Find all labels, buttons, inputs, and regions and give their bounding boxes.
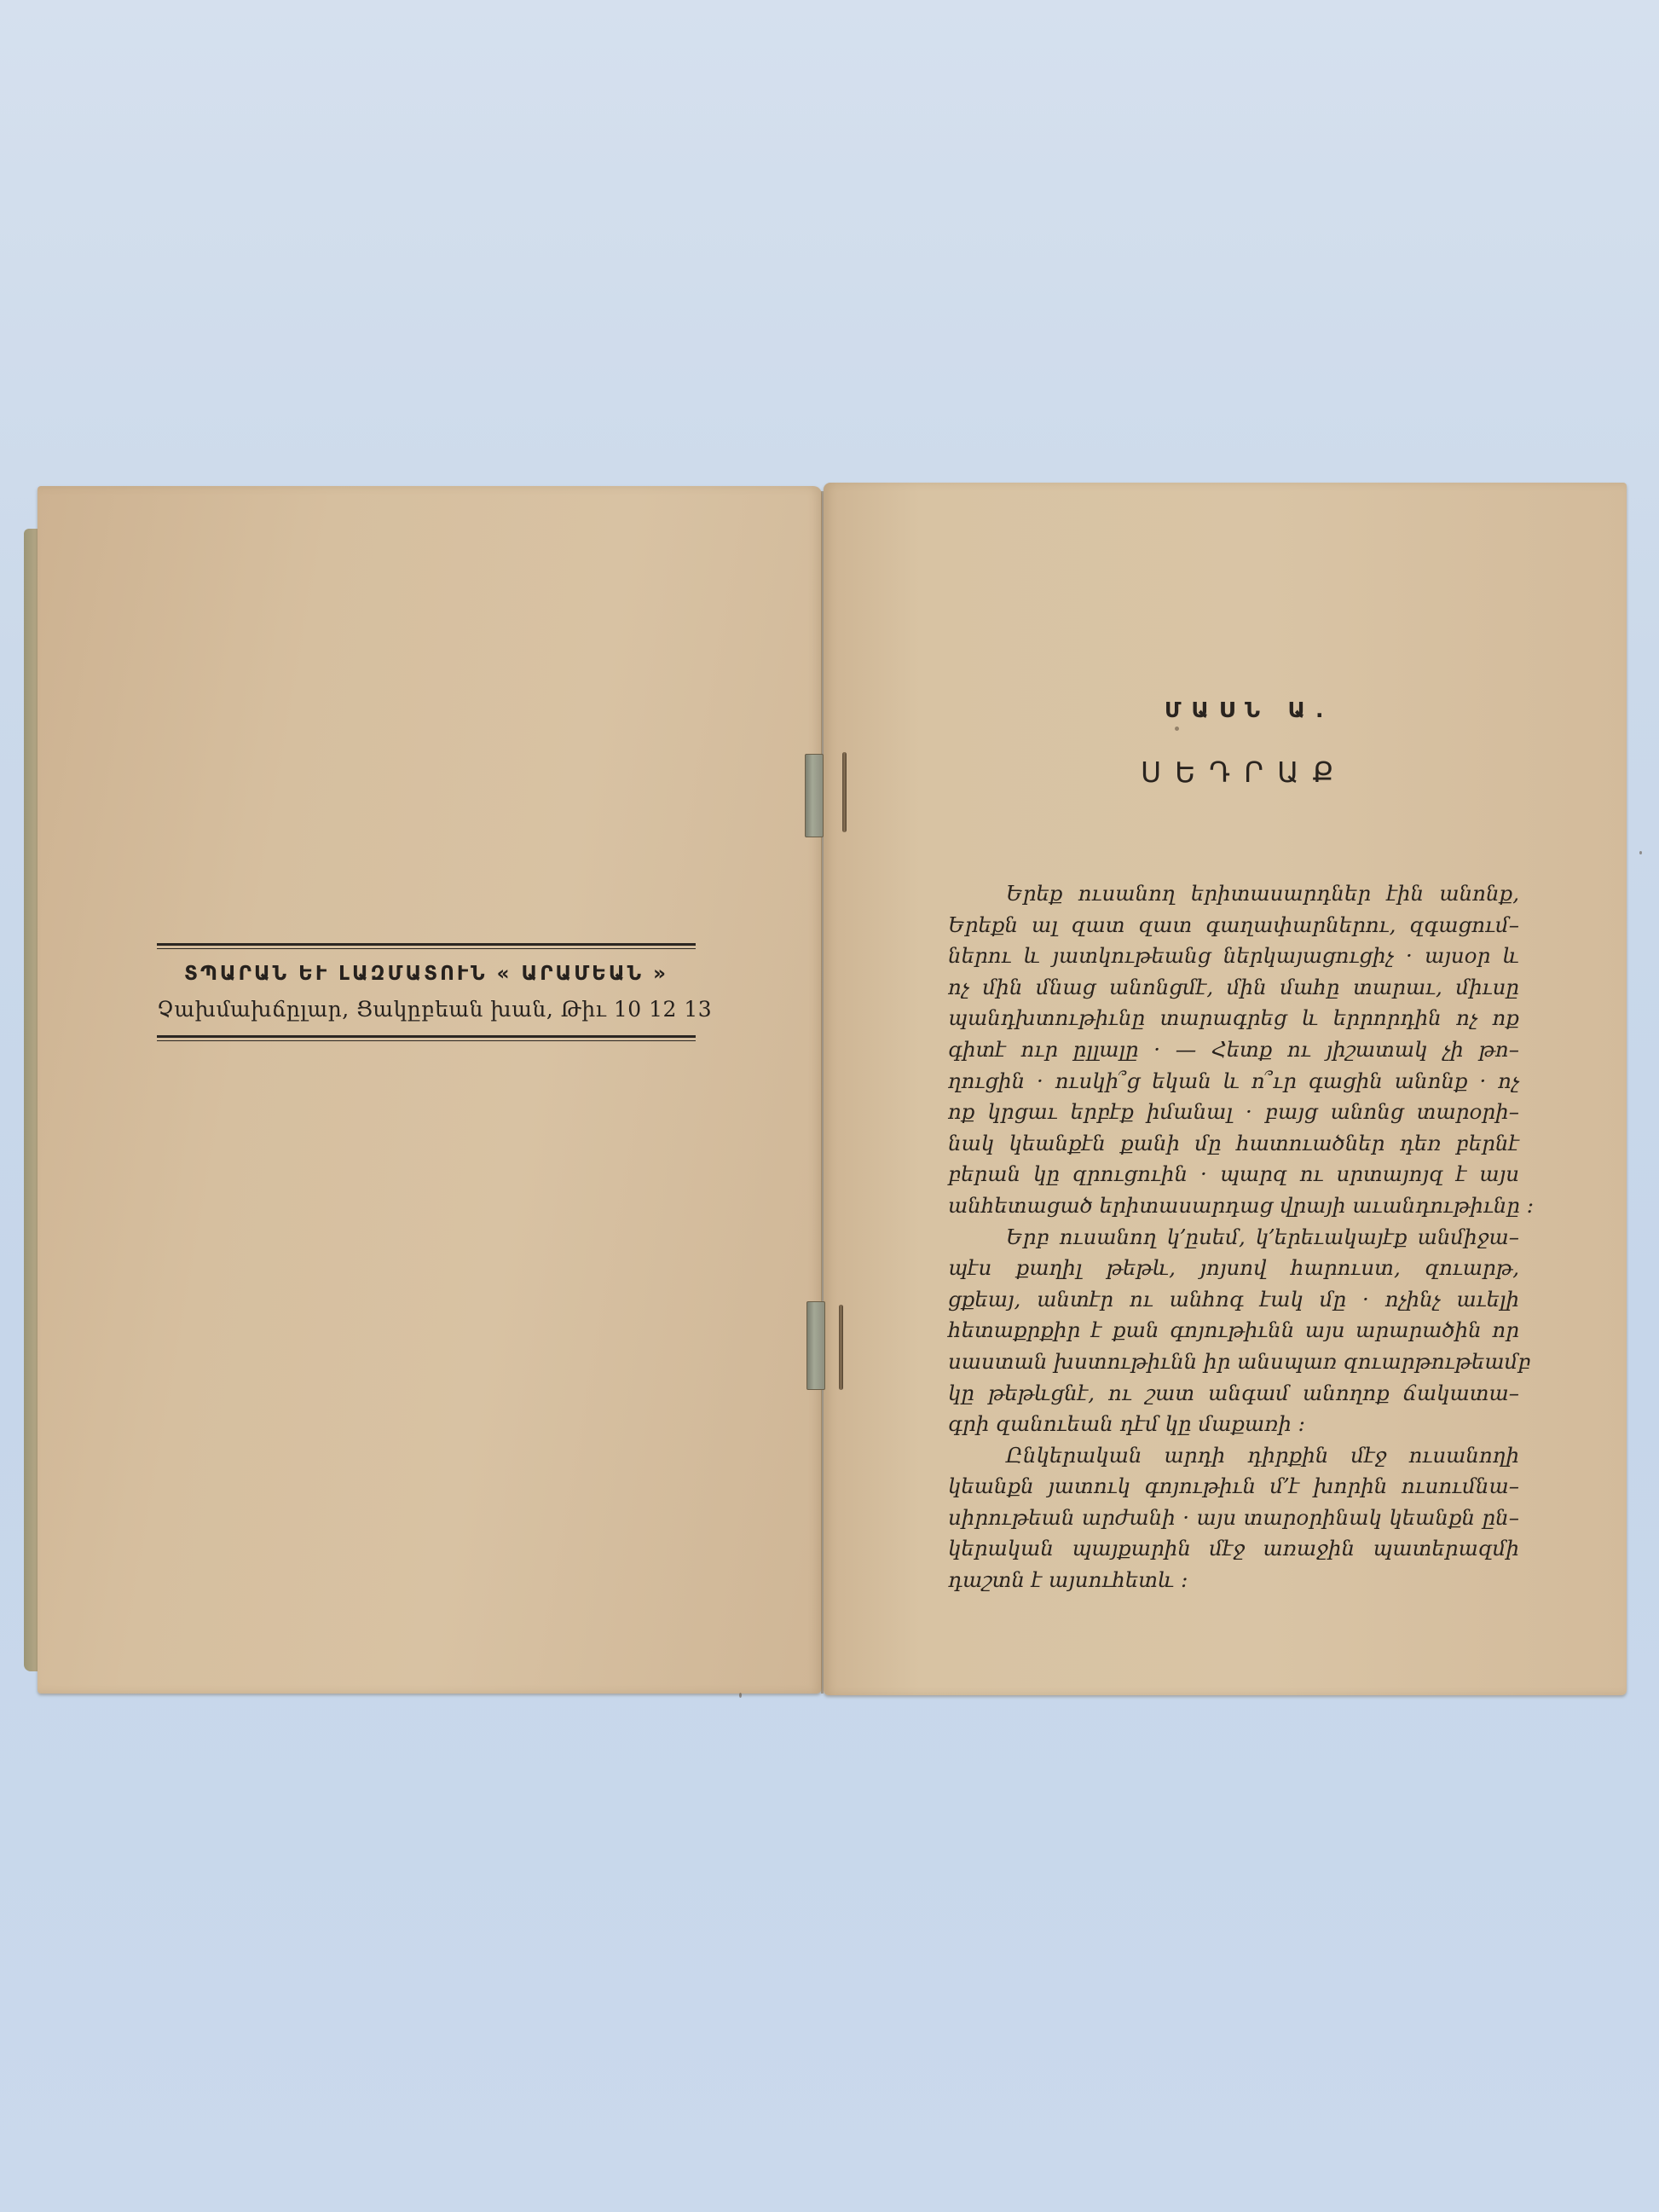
text-line: Երբ ուսանող կ՚ըսեմ, կ՚երեւակայէք անմիջա– — [948, 1222, 1519, 1254]
lower-staple-wire-icon — [839, 1305, 843, 1390]
text-line: ոք կրցաւ երբէք իմանալ · բայց անոնց տարօր… — [948, 1097, 1519, 1128]
text-line: հետաքրքիր է քան գոյութիւնն այս արարածին … — [948, 1315, 1519, 1346]
paper-speck — [1639, 851, 1642, 854]
text-line: ոչ մին մնաց անոնցմէ, մին մահը տարաւ, միւ… — [948, 972, 1519, 1004]
text-line: դաշտն է այսուհետև ։ — [948, 1565, 1519, 1596]
upper-staple-wire-icon — [842, 752, 847, 832]
text-line: պէս քաղիլ թեթև, յոյսով հարուստ, զուարթ, — [948, 1253, 1519, 1284]
printer-imprint: ՏՊԱՐԱՆ ԵՒ ԼԱԶՄԱՏՈՒՆ « ԱՐԱՄԵԱՆ » Չախմախճը… — [157, 943, 696, 1041]
text-line: կեանքն յատուկ գոյութիւն մ՚է խորին ուսում… — [948, 1471, 1519, 1503]
imprint-bottom-rule — [157, 1035, 696, 1041]
text-line: գրի զանուեան դէմ կը մաքառի ։ — [948, 1409, 1519, 1440]
open-book-spread: ՏՊԱՐԱՆ ԵՒ ԼԱԶՄԱՏՈՒՆ « ԱՐԱՄԵԱՆ » Չախմախճը… — [0, 0, 1659, 2212]
text-line: սաստան խստութիւնն իր անսպառ զուարթութեամ… — [948, 1346, 1519, 1378]
text-line: նակ կեանքէն քանի մը հատուածներ դեռ բերնէ — [948, 1128, 1519, 1160]
text-line: Ընկերական արդի դիրքին մէջ ուսանողի — [948, 1440, 1519, 1472]
text-line: ղուցին · ուսկի՞ց եկան և ո՞ւր գացին անոնք… — [948, 1066, 1519, 1097]
text-line: կը թեթևցնէ, ու շատ անգամ անողոք ճակատա– — [948, 1378, 1519, 1410]
chapter-title: ՍԵԴՐԱՔ — [1141, 756, 1347, 789]
text-line: Երեքն ալ զատ զատ գաղափարներու, զգացում– — [948, 910, 1519, 941]
text-line: սիրութեան արժանի · այս տարօրինակ կեանքն … — [948, 1503, 1519, 1534]
chapter-body-text: Երեք ուսանող երիտասարդներ էին անոնք, Երե… — [948, 878, 1519, 1596]
text-line: ցքեայ, անտէր ու անհոգ էակ մը · ոչինչ աւե… — [948, 1284, 1519, 1316]
text-line: Երեք ուսանող երիտասարդներ էին անոնք, — [948, 878, 1519, 910]
text-line: անհետացած երիտասարդաց վրայի աւանդութիւնը… — [948, 1190, 1519, 1222]
part-heading: ՄԱՍՆ Ա. — [1165, 698, 1334, 722]
book-gutter — [821, 491, 824, 1694]
text-line: պանդխտութիւնը տարագրեց և երրորդին ոչ ոք — [948, 1003, 1519, 1034]
printer-address: Չախմախճըլար, Ցակըբեան խան, Թիւ 10 12 13 — [157, 997, 696, 1022]
imprint-top-rule — [157, 943, 696, 949]
printer-name: ՏՊԱՐԱՆ ԵՒ ԼԱԶՄԱՏՈՒՆ « ԱՐԱՄԵԱՆ » — [157, 963, 696, 985]
paper-speck — [1175, 727, 1179, 731]
text-line: ներու և յատկութեանց ներկայացուցիչ · այսօ… — [948, 941, 1519, 972]
left-page — [38, 486, 822, 1694]
text-line: բերան կը զրուցուին · պարզ ու սրտայոյզ է … — [948, 1159, 1519, 1190]
text-line: գիտէ ուր ըլլալը · — Հետք ու յիշատակ չի թ… — [948, 1034, 1519, 1066]
lower-staple-icon — [806, 1301, 825, 1390]
paper-speck — [739, 1693, 742, 1698]
upper-staple-icon — [805, 754, 824, 837]
text-line: կերական պայքարին մէջ առաջին պատերազմի — [948, 1533, 1519, 1565]
